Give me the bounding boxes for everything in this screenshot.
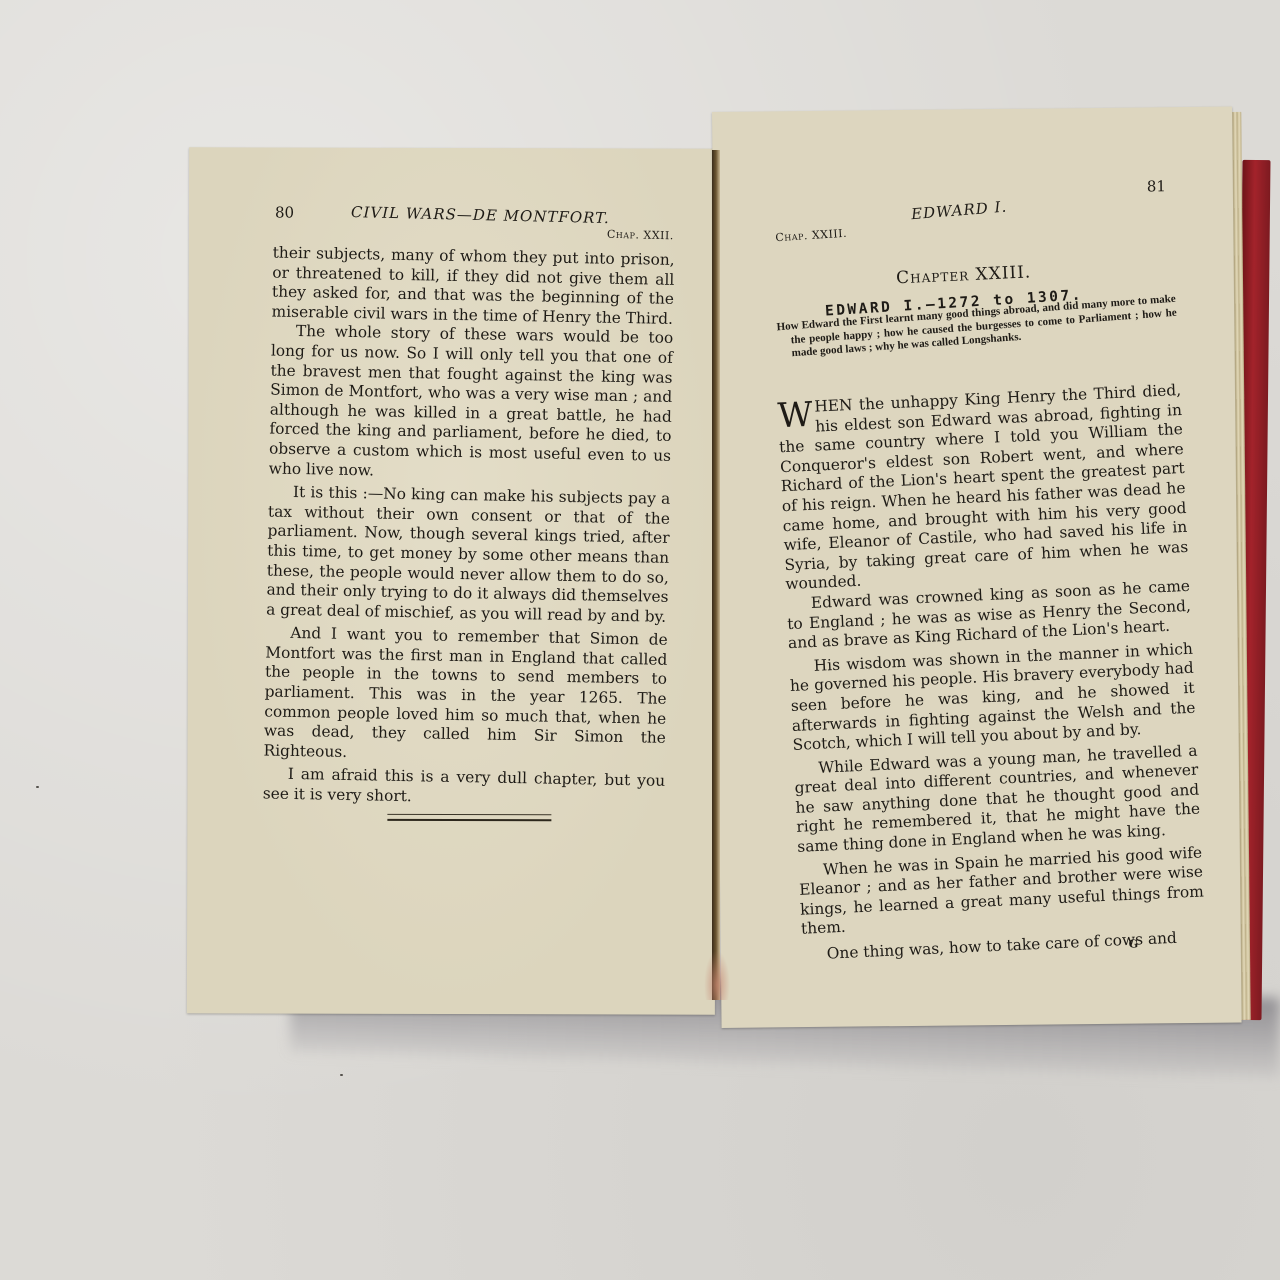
book-gutter [712,150,720,1000]
left-chapter-ref: Chap. XXII. [607,228,674,243]
right-page: Chap. XXIII. EDWARD I. 81 Chapter XXIII.… [712,107,1242,1028]
paragraph: I am afraid this is a very dull chapter,… [263,765,666,812]
left-page: 80 CIVIL WARS—DE MONTFORT. Chap. XXII. t… [187,147,717,1014]
surface-fleck [36,786,39,788]
paragraph: their subjects, many of whom they put in… [271,244,674,330]
right-body-text: WHEN the unhappy King Henry the Third di… [777,381,1206,965]
paragraph: While Edward was a young man, he travell… [793,741,1201,857]
surface-fleck [340,1074,343,1076]
paragraph: His wisdom was shown in the manner in wh… [789,639,1197,755]
paragraph: WHEN the unhappy King Henry the Third di… [777,381,1189,595]
right-running-title: EDWARD I. [910,198,1007,224]
chapter-end-rule [387,814,551,821]
left-page-number: 80 [275,204,294,222]
right-chapter-ref: Chap. XXIII. [775,227,847,244]
paragraph: When he was in Spain he married his good… [798,843,1205,940]
paragraph: And I want you to remember that Simon de… [263,624,667,768]
gutter-stain [704,950,730,1000]
drop-cap: W [777,400,813,432]
left-running-title: CIVIL WARS—DE MONTFORT. [351,203,610,227]
left-body-text: their subjects, many of whom they put in… [263,244,675,812]
paragraph: It is this :—No king can make his subjec… [266,483,670,627]
signature-mark: G [1129,938,1139,951]
first-paragraph-text: HEN the unhappy King Henry the Third die… [779,381,1189,593]
paragraph: The whole story of these wars would be t… [269,322,674,486]
right-page-number: 81 [1147,177,1166,195]
